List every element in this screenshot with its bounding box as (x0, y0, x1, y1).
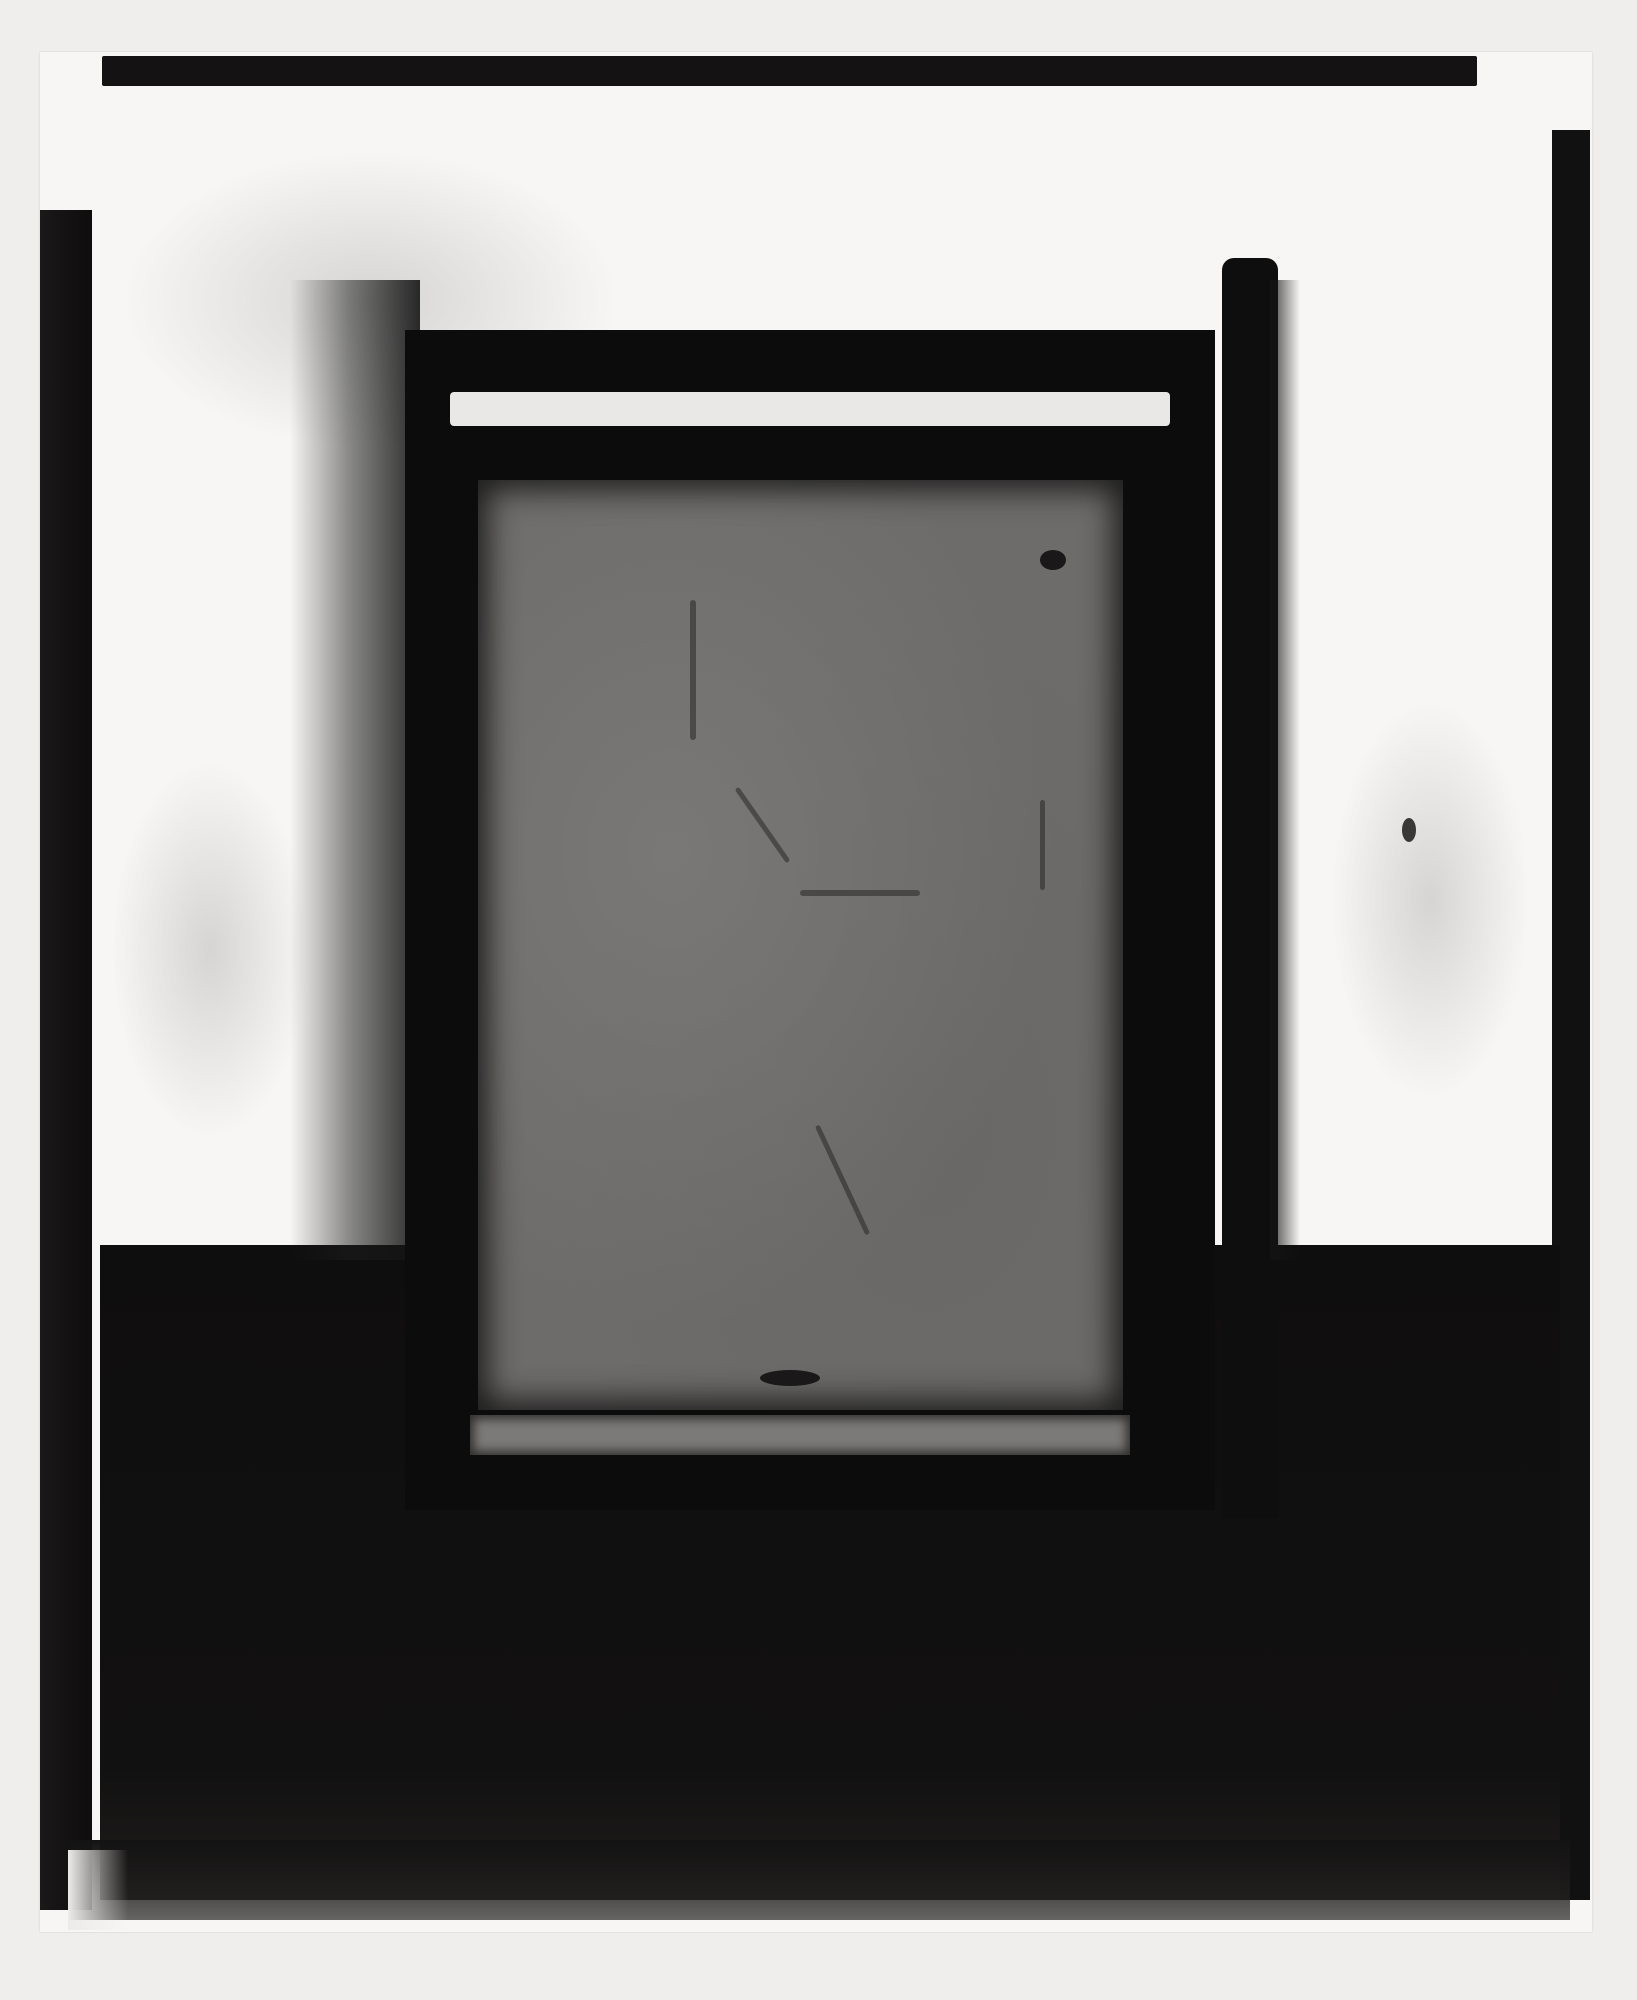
lower-edge-fade (70, 1840, 1570, 1920)
ink-blot (1040, 550, 1066, 570)
panel-stroke (690, 600, 696, 740)
ink-blot (760, 1370, 820, 1386)
grey-panel (478, 480, 1123, 1410)
top-ink-bar (102, 56, 1477, 86)
panel-stroke (800, 890, 920, 896)
left-ink-bar (40, 210, 92, 1910)
right-smear (1270, 280, 1300, 1260)
left-shadow-smear (290, 280, 420, 1260)
panel-stroke (1040, 800, 1045, 890)
smudge-left (110, 760, 310, 1140)
panel-bottom-strip (470, 1415, 1130, 1455)
smudge-right (1330, 700, 1530, 1100)
lower-left-corner-paper (68, 1850, 128, 1930)
ink-spot-right (1402, 818, 1416, 842)
frame-inner-highlight (450, 392, 1170, 426)
